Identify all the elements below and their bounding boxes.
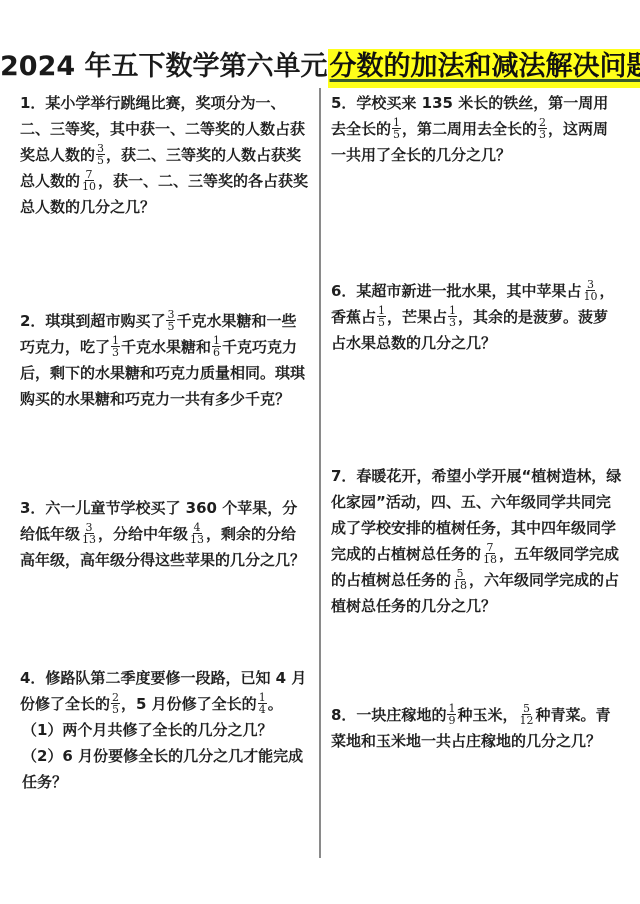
question-4: 4．修路队第二季度要修一段路，已知 4 月份修了全长的25，5 月份修了全长的1… bbox=[20, 665, 310, 795]
q3-text-2: ，分给中年级 bbox=[98, 525, 188, 543]
fraction: 16 bbox=[212, 335, 221, 358]
denominator: 12 bbox=[518, 715, 534, 726]
fraction: 14 bbox=[258, 692, 267, 715]
denominator: 3 bbox=[538, 129, 547, 140]
fraction: 15 bbox=[392, 117, 401, 140]
fraction: 13 bbox=[448, 305, 457, 328]
question-1: 1．某小学举行跳绳比赛，奖项分为一、二、三等奖，其中获一、二等奖的人数占获奖总人… bbox=[20, 90, 310, 220]
q2-text-1: 2．琪琪到超市购买了 bbox=[20, 312, 165, 330]
page-title: 2024 年五下数学第六单元分数的加法和减法解决问题 bbox=[0, 44, 640, 83]
q4-text-2: ，5 月份修了全长的 bbox=[121, 695, 257, 713]
fraction: 718 bbox=[482, 542, 498, 565]
title-highlighted: 分数的加法和减法解决问题 bbox=[328, 49, 640, 88]
q8-text-2: 种玉米， bbox=[457, 706, 517, 724]
q4-subquestion-2: （2）6 月份要修全长的几分之几才能完成任务？ bbox=[20, 743, 310, 795]
denominator: 9 bbox=[447, 715, 456, 726]
denominator: 13 bbox=[189, 534, 205, 545]
q4-text-3: 。 bbox=[268, 695, 283, 713]
title-plain: 2024 年五下数学第六单元 bbox=[0, 51, 328, 82]
fraction: 512 bbox=[518, 703, 534, 726]
fraction: 710 bbox=[81, 169, 97, 192]
fraction: 35 bbox=[96, 143, 105, 166]
denominator: 5 bbox=[96, 155, 105, 166]
denominator: 18 bbox=[452, 580, 468, 591]
fraction: 313 bbox=[81, 522, 97, 545]
denominator: 5 bbox=[111, 704, 120, 715]
denominator: 3 bbox=[448, 317, 457, 328]
fraction: 19 bbox=[447, 703, 456, 726]
fraction: 13 bbox=[111, 335, 120, 358]
denominator: 3 bbox=[111, 347, 120, 358]
question-5: 5．学校买来 135 米长的铁丝，第一周用去全长的15，第二周用去全长的23，这… bbox=[331, 90, 623, 168]
denominator: 10 bbox=[81, 181, 97, 192]
question-2: 2．琪琪到超市购买了35千克水果糖和一些巧克力，吃了13千克水果糖和16千克巧克… bbox=[20, 308, 310, 412]
question-6: 6．某超市新进一批水果，其中苹果占310，香蕉占15，芒果占13，其余的是菠萝。… bbox=[331, 278, 623, 356]
denominator: 4 bbox=[258, 704, 267, 715]
fraction: 23 bbox=[538, 117, 547, 140]
denominator: 5 bbox=[392, 129, 401, 140]
fraction: 25 bbox=[111, 692, 120, 715]
fraction: 35 bbox=[166, 309, 175, 332]
q2-text-3: 千克水果糖和 bbox=[121, 338, 211, 356]
column-divider bbox=[319, 88, 321, 858]
question-3: 3．六一儿童节学校买了 360 个苹果，分给低年级313，分给中年级413，剩余… bbox=[20, 495, 310, 573]
q6-text-3: ，芒果占 bbox=[387, 308, 447, 326]
question-7: 7．春暖花开，希望小学开展“植树造林，绿化家园”活动，四、五、六年级同学共同完成… bbox=[331, 463, 623, 619]
fraction: 310 bbox=[582, 279, 598, 302]
denominator: 10 bbox=[582, 291, 598, 302]
q6-text-1: 6．某超市新进一批水果，其中苹果占 bbox=[331, 282, 581, 300]
fraction: 518 bbox=[452, 568, 468, 591]
denominator: 13 bbox=[81, 534, 97, 545]
q5-text-2: ，第二周用去全长的 bbox=[402, 120, 537, 138]
denominator: 5 bbox=[166, 321, 175, 332]
denominator: 18 bbox=[482, 554, 498, 565]
denominator: 5 bbox=[377, 317, 386, 328]
fraction: 413 bbox=[189, 522, 205, 545]
q4-subquestion-1: （1）两个月共修了全长的几分之几？ bbox=[20, 717, 310, 743]
denominator: 6 bbox=[212, 347, 221, 358]
q8-text-1: 8．一块庄稼地的 bbox=[331, 706, 446, 724]
question-8: 8．一块庄稼地的19种玉米，512种青菜。青菜地和玉米地一共占庄稼地的几分之几？ bbox=[331, 702, 623, 754]
fraction: 15 bbox=[377, 305, 386, 328]
